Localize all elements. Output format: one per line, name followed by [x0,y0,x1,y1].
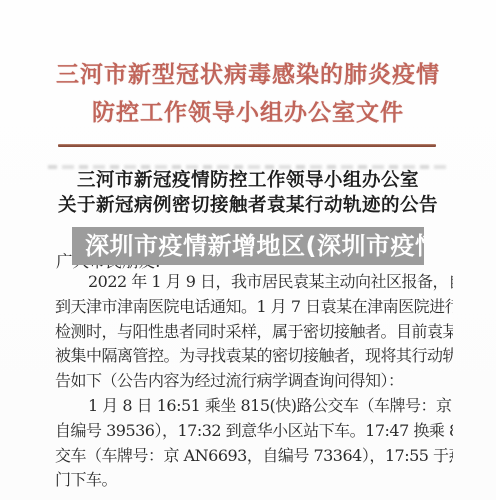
document-title-line-1: 三河市新冠疫情防控工作领导小组办公室 [0,168,496,193]
doc-line: 交车（车牌号：京 AN6693，自编号 73364），17:55 于燕京航城北 [55,444,453,469]
document-title-line-2: 关于新冠病例密切接触者袁某行动轨迹的公告 [0,193,496,218]
doc-line: 告如下（公告内容为经过流行病学调查询问得知）： [55,369,453,394]
doc-line: 2022 年 1 月 9 日，我市居民袁某主动向社区报备，自述接 [55,270,453,295]
document-body: 2022 年 1 月 9 日，我市居民袁某主动向社区报备，自述接到天津市津南医院… [55,270,453,493]
paragraph-2: 1 月 8 日 16:51 乘坐 815(快)路公交车（车牌号：京 A10366… [55,394,453,493]
document-page: 三河市新型冠状病毒感染的肺炎疫情 防控工作领导小组办公室文件 三河市新冠疫情防控… [0,0,496,500]
letterhead-line-2: 防控工作领导小组办公室文件 [0,94,496,132]
document-screenshot: { "document": { "letterhead": { "line1":… [0,0,496,500]
caption-overlay-bar: 深圳市疫情新增地区(深圳市疫情?) [72,227,424,265]
doc-line: 自编号 39536），17:32 到意华小区站下车。17:47 换乘 893 路… [55,419,453,444]
document-title: 三河市新冠疫情防控工作领导小组办公室 关于新冠病例密切接触者袁某行动轨迹的公告 [0,168,496,218]
paragraph-1: 2022 年 1 月 9 日，我市居民袁某主动向社区报备，自述接到天津市津南医院… [55,270,453,394]
doc-line: 门下车。 [55,468,453,493]
doc-line: 检测时，与阳性患者同时采样，属于密切接触者。目前袁某已经 [55,320,453,345]
doc-line: 1 月 8 日 16:51 乘坐 815(快)路公交车（车牌号：京 A10366… [55,394,453,419]
doc-line: 被集中隔离管控。为寻找袁某的密切接触者，现将其行动轨迹公 [55,344,453,369]
letterhead: 三河市新型冠状病毒感染的肺炎疫情 防控工作领导小组办公室文件 [0,56,496,132]
letterhead-line-1: 三河市新型冠状病毒感染的肺炎疫情 [0,56,496,94]
caption-overlay-text: 深圳市疫情新增地区(深圳市疫情?) [85,232,424,260]
doc-line: 到天津市津南医院电话通知。1 月 7 日袁某在津南医院进行核酸 [55,295,453,320]
red-divider-rule [58,144,436,147]
